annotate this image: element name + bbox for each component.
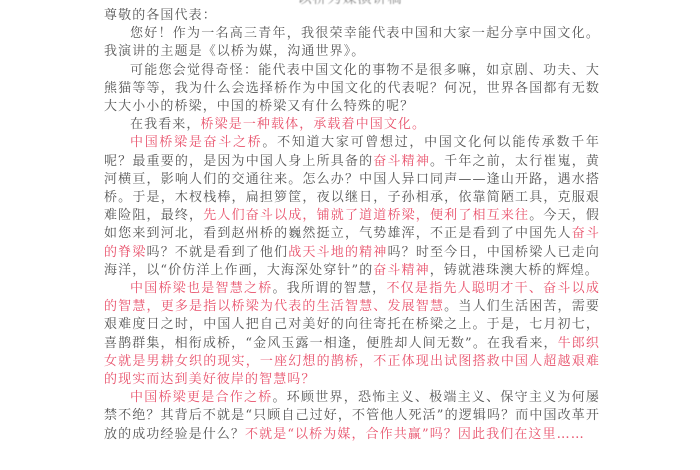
body-text: 。我所谓的智慧， [272,281,386,296]
highlighted-text: 奋斗精神 [373,154,430,169]
essay-paragraph: 中国桥梁更是合作之桥。环顾世界，恐怖主义、极端主义、保守主义为何屡禁不绝？其背后… [104,389,600,444]
highlighted-text: 中国桥梁更是合作之桥 [130,390,272,405]
essay-paragraph: 中国桥梁也是智慧之桥。我所谓的智慧，不仅是指先人聪明才干、奋斗以成的智慧，更多是… [104,280,600,389]
highlighted-text: 桥梁是一种载体，承载着中国文化。 [201,117,427,132]
essay-body: 尊敬的各国代表： 您好！作为一名高三青年，我很荣幸能代表中国和大家一起分享中国文… [104,7,600,444]
essay-paragraph: 在我看来，桥梁是一种载体，承载着中国文化。 [104,116,600,134]
paragraph-list: 您好！作为一名高三青年，我很荣幸能代表中国和大家一起分享中国文化。我演讲的主题是… [104,25,600,444]
body-text: 可能您会觉得奇怪：能代表中国文化的事物不是很多嘛，如京剧、功夫、大熊猫等等，我为… [104,63,600,114]
essay-paragraph: 可能您会觉得奇怪：能代表中国文化的事物不是很多嘛，如京剧、功夫、大熊猫等等，我为… [104,62,600,117]
highlighted-text: 中国桥梁是奋斗之桥 [130,135,262,150]
highlighted-text: 因此我们在这里…… [458,427,585,442]
body-text: 吗？不就是看到了他们 [147,245,289,260]
body-text: ，铸就港珠澳大桥的辉煌。 [430,263,599,278]
document-page: 以桥为媒演讲稿 尊敬的各国代表： 您好！作为一名高三青年，我很荣幸能代表中国和大… [0,0,700,470]
highlighted-text: 先人们奋斗以成，铺就了道道桥梁，便利了相互来往 [203,208,529,223]
essay-paragraph: 您好！作为一名高三青年，我很荣幸能代表中国和大家一起分享中国文化。我演讲的主题是… [104,25,600,61]
highlighted-text: 不就是“以桥为媒，合作共赢”吗？ [245,427,458,442]
highlighted-text: 中国桥梁也是智慧之桥 [130,281,272,296]
highlighted-text: 战天斗地的精神 [288,245,387,260]
body-text: 在我看来， [130,117,201,132]
highlighted-text: 奋斗精神 [373,263,429,278]
body-text: 您好！作为一名高三青年，我很荣幸能代表中国和大家一起分享中国文化。我演讲的主题是… [104,26,600,59]
salutation: 尊敬的各国代表： [104,7,600,25]
essay-paragraph: 中国桥梁是奋斗之桥。不知道大家可曾想过，中国文化何以能传承数千年呢？最重要的，是… [104,134,600,280]
